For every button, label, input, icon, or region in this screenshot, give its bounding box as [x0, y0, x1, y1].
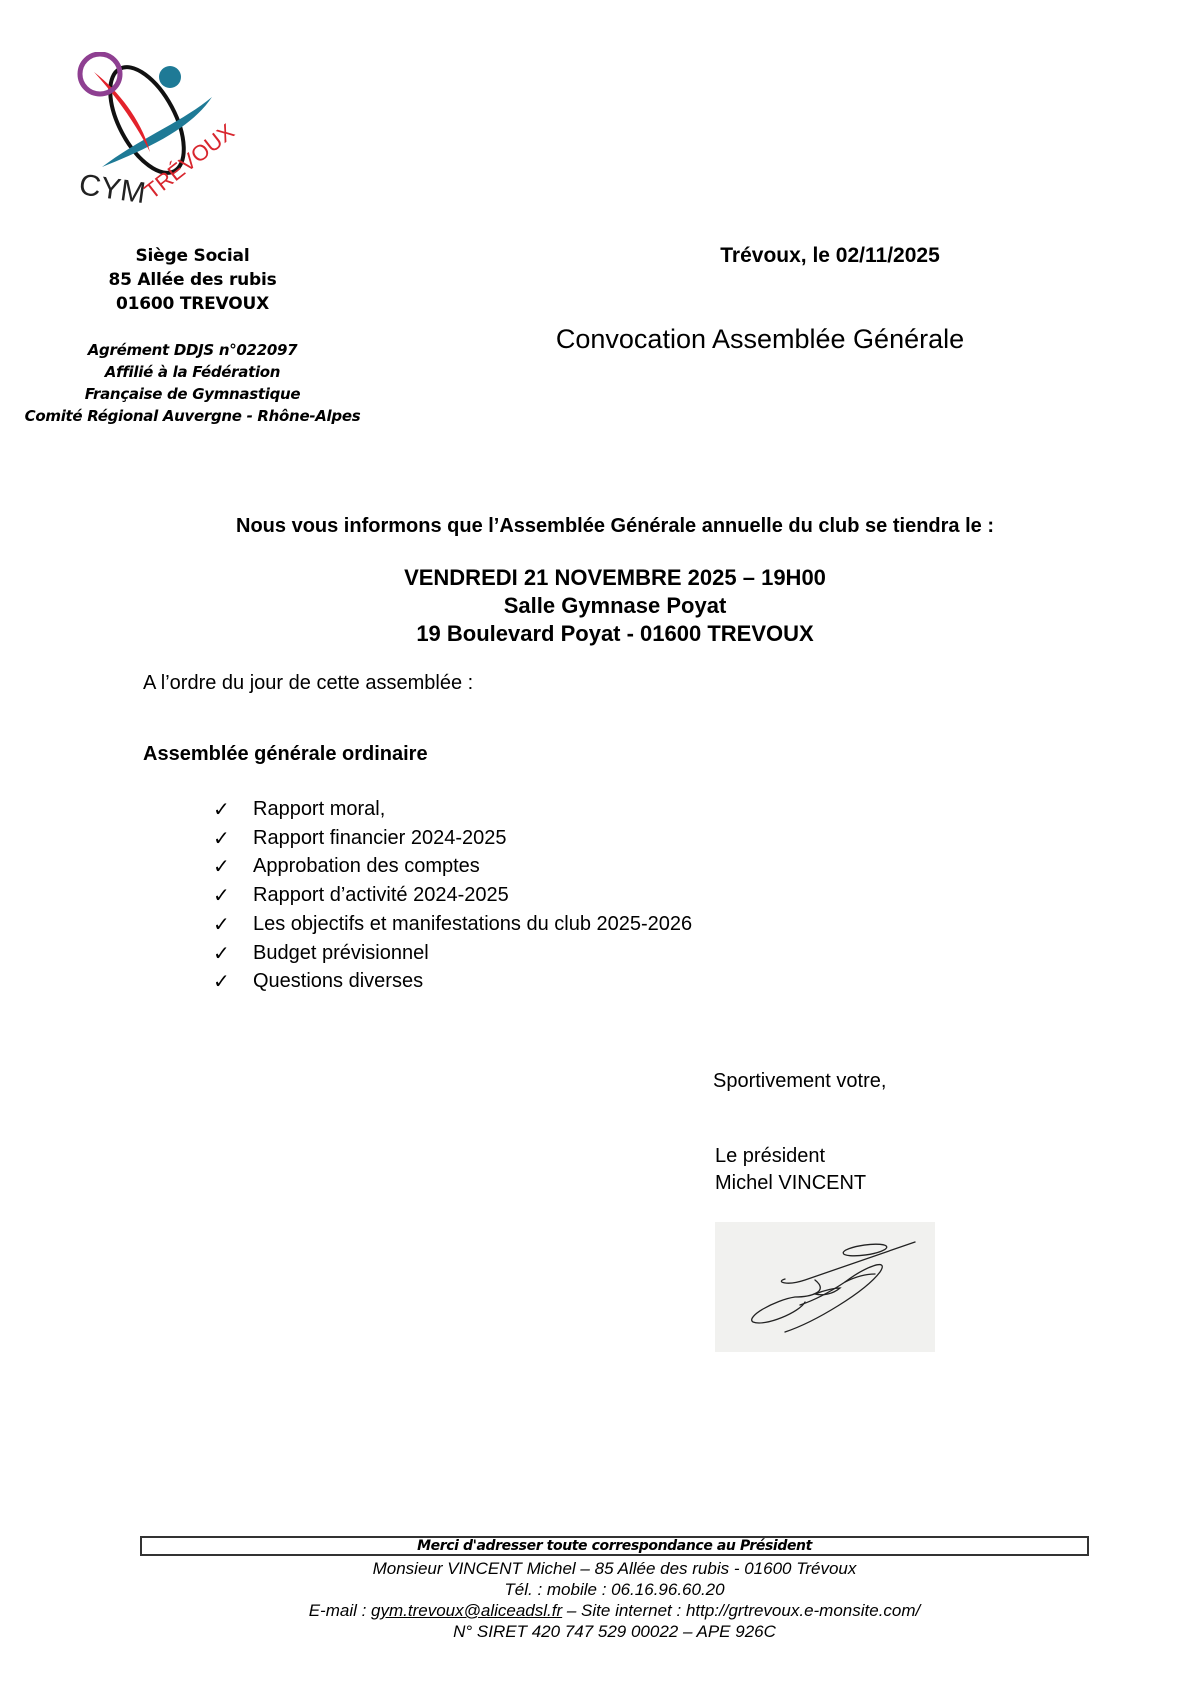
event-details: VENDREDI 21 NOVEMBRE 2025 – 19H00 Salle …	[100, 564, 1130, 648]
website-link[interactable]: http://grtrevoux.e-monsite.com/	[686, 1601, 920, 1620]
check-icon: ✓	[213, 795, 253, 824]
check-icon: ✓	[213, 939, 253, 968]
agenda-item: ✓Questions diverses	[213, 967, 692, 996]
letter-date: Trévoux, le 02/11/2025	[700, 244, 960, 268]
agenda-item-label: Budget prévisionnel	[253, 939, 429, 968]
check-icon: ✓	[213, 910, 253, 939]
footer-email-site: E-mail : gym.trevoux@aliceadsl.fr – Site…	[140, 1600, 1089, 1621]
event-date-time: VENDREDI 21 NOVEMBRE 2025 – 19H00	[100, 564, 1130, 592]
agenda-item: ✓Rapport financier 2024-2025	[213, 824, 692, 853]
affiliation-line: Française de Gymnastique	[20, 383, 365, 405]
footer-siret: N° SIRET 420 747 529 00022 – APE 926C	[140, 1621, 1089, 1642]
affiliation-info: Agrément DDJS n°022097 Affilié à la Fédé…	[20, 339, 365, 427]
email-label: E-mail :	[309, 1601, 371, 1620]
email-link[interactable]: gym.trevoux@aliceadsl.fr	[371, 1601, 562, 1620]
head-office-street: 85 Allée des rubis	[20, 268, 365, 292]
check-icon: ✓	[213, 824, 253, 853]
agenda-intro: A l’ordre du jour de cette assemblée :	[143, 672, 473, 695]
document-title: Convocation Assemblée Générale	[530, 324, 990, 355]
footer-correspondence-notice: Merci d'adresser toute correspondance au…	[140, 1536, 1089, 1556]
signer-role: Le président	[715, 1143, 866, 1170]
svg-text:CYM: CYM	[77, 168, 148, 210]
agenda-item: ✓Rapport moral,	[213, 795, 692, 824]
svg-text:TRÉVOUX: TRÉVOUX	[140, 119, 239, 204]
agenda-item: ✓Rapport d’activité 2024-2025	[213, 881, 692, 910]
footer-address: Monsieur VINCENT Michel – 85 Allée des r…	[140, 1558, 1089, 1579]
event-address: 19 Boulevard Poyat - 01600 TREVOUX	[100, 620, 1130, 648]
agenda-item: ✓Les objectifs et manifestations du club…	[213, 910, 692, 939]
site-label: – Site internet :	[562, 1601, 686, 1620]
club-logo: CYM TRÉVOUX	[72, 52, 262, 212]
head-office-label: Siège Social	[20, 244, 365, 268]
affiliation-line: Agrément DDJS n°022097	[20, 339, 365, 361]
agenda-item: ✓Approbation des comptes	[213, 852, 692, 881]
agenda-item-label: Rapport moral,	[253, 795, 385, 824]
check-icon: ✓	[213, 967, 253, 996]
agenda-item: ✓Budget prévisionnel	[213, 939, 692, 968]
agenda-item-label: Approbation des comptes	[253, 852, 480, 881]
agenda-item-label: Questions diverses	[253, 967, 423, 996]
signer-block: Le président Michel VINCENT	[715, 1143, 866, 1197]
agenda-item-label: Les objectifs et manifestations du club …	[253, 910, 692, 939]
head-office-address: Siège Social 85 Allée des rubis 01600 TR…	[20, 244, 365, 316]
signature-image	[715, 1222, 935, 1352]
announcement-intro: Nous vous informons que l’Assemblée Géné…	[100, 515, 1130, 538]
footer-contact: Monsieur VINCENT Michel – 85 Allée des r…	[140, 1558, 1089, 1642]
affiliation-line: Comité Régional Auvergne - Rhône-Alpes	[20, 405, 365, 427]
footer-phone: Tél. : mobile : 06.16.96.60.20	[140, 1579, 1089, 1600]
agenda-list: ✓Rapport moral, ✓Rapport financier 2024-…	[213, 795, 692, 996]
agenda-section-title: Assemblée générale ordinaire	[143, 743, 428, 766]
agenda-item-label: Rapport d’activité 2024-2025	[253, 881, 509, 910]
agenda-item-label: Rapport financier 2024-2025	[253, 824, 507, 853]
signer-name: Michel VINCENT	[715, 1170, 866, 1197]
head-office-city: 01600 TREVOUX	[20, 292, 365, 316]
event-venue: Salle Gymnase Poyat	[100, 592, 1130, 620]
check-icon: ✓	[213, 881, 253, 910]
affiliation-line: Affilié à la Fédération	[20, 361, 365, 383]
closing-salutation: Sportivement votre,	[713, 1070, 886, 1093]
check-icon: ✓	[213, 852, 253, 881]
